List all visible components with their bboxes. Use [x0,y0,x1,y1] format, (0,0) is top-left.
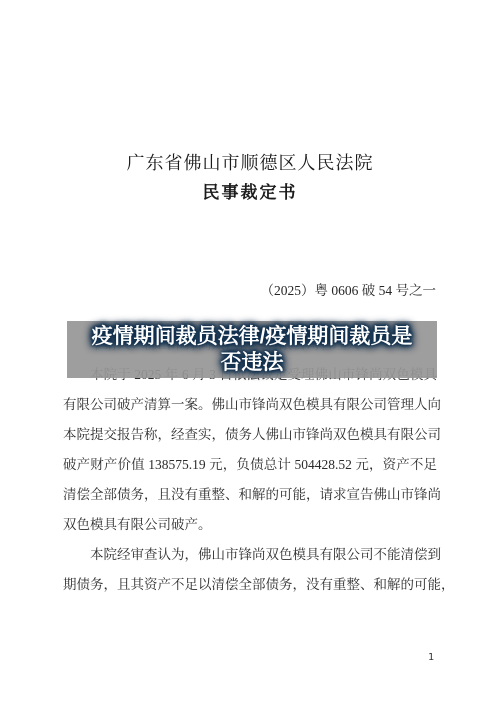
body-line: 双色模具有限公司破产。 [63,510,437,540]
overlay-banner: 疫情期间裁员法律/疫情期间裁员是 否违法 [67,321,437,378]
overlay-banner-text-line2: 否违法 [221,350,284,376]
body-line: 期债务，且其资产不足以清偿全部债务，没有重整、和解的可能， [63,570,437,600]
case-number: （2025）粤 0606 破 54 号之一 [261,279,437,299]
body-line: 破产财产价值 138575.19 元，负债总计 504428.52 元，资产不足 [63,450,437,480]
body-line: 有限公司破产清算一案。佛山市锋尚双色模具有限公司管理人向 [63,390,437,420]
body-line: 本院经审查认为，佛山市锋尚双色模具有限公司不能清偿到 [63,540,437,570]
page-number: 1 [428,652,434,663]
court-name-heading: 广东省佛山市顺德区人民法院 [0,149,500,175]
document-page: 广东省佛山市顺德区人民法院 民事裁定书 （2025）粤 0606 破 54 号之… [0,0,500,706]
body-line: 本院提交报告称，经查实，债务人佛山市锋尚双色模具有限公司 [63,420,437,450]
overlay-banner-text-line1: 疫情期间裁员法律/疫情期间裁员是 [92,324,413,350]
body-line: 清偿全部债务，且没有重整、和解的可能，请求宣告佛山市锋尚 [63,480,437,510]
document-type-heading: 民事裁定书 [0,178,500,203]
